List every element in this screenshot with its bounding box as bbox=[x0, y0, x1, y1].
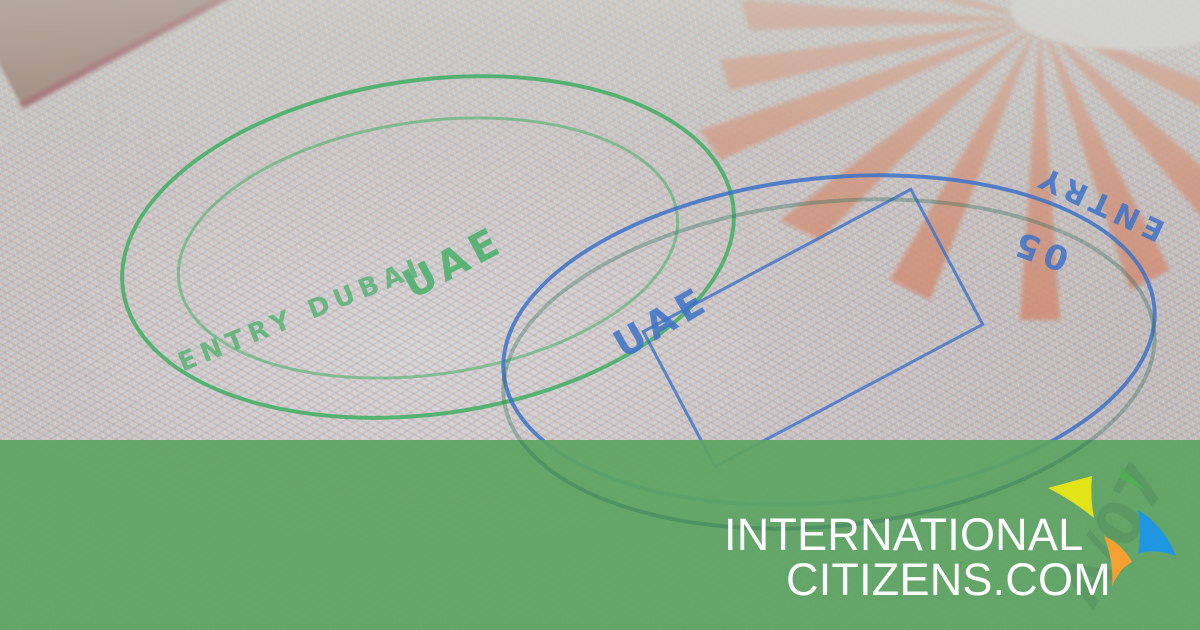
logo-wordmark-line1: INTERNATIONAL bbox=[724, 512, 1083, 557]
international-citizens-logo[interactable]: INTERNATIONAL CITIZENS.COM bbox=[724, 468, 1184, 598]
kite-pinwheel-icon bbox=[1034, 468, 1184, 598]
hero-image: UAE ENTRY DUBAI UAE 05 ENTRY A/07 INTERN… bbox=[0, 0, 1200, 630]
